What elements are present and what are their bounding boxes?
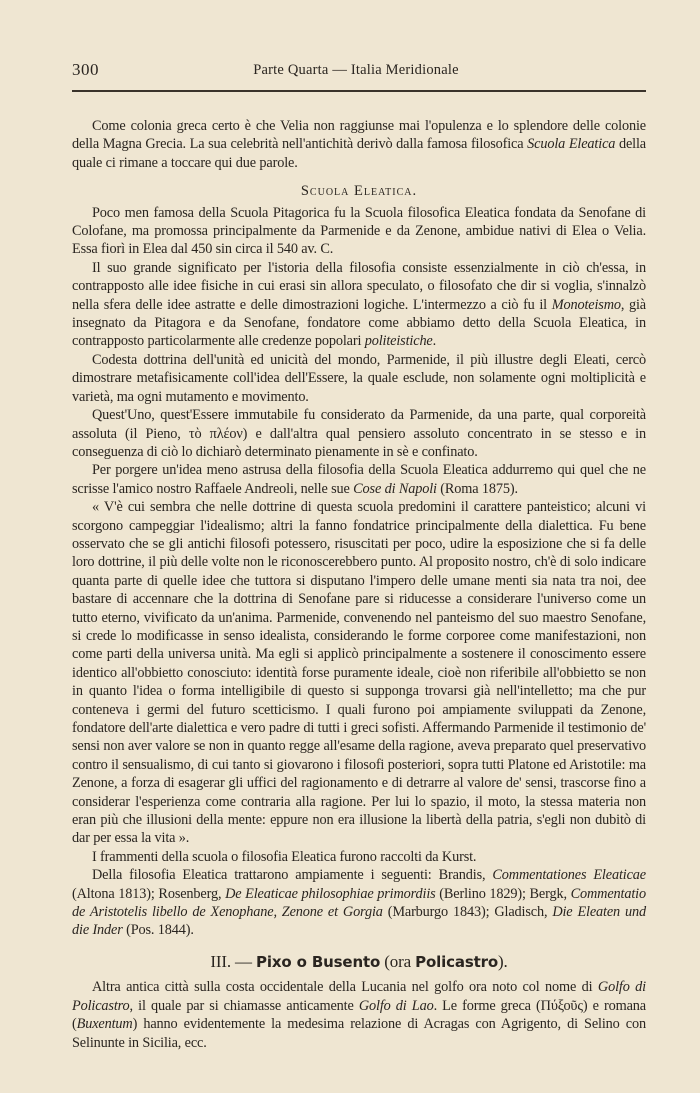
text: (Marburgo 1843); Gladisch, [383, 904, 553, 920]
italic-title: Cose di Napoli [353, 481, 437, 497]
text: Altra antica città sulla costa occidenta… [92, 979, 598, 995]
running-title: Parte Quarta — Italia Meridionale [72, 62, 640, 79]
text: (Roma 1875). [437, 481, 518, 497]
intro-paragraph: Come colonia greca certo è che Velia non… [72, 117, 646, 172]
paragraph: Poco men famosa della Scuola Pitagorica … [72, 204, 646, 259]
italic-term: politeistiche [365, 333, 433, 349]
text: ) hanno evidentemente la medesima relazi… [72, 1016, 646, 1050]
page-header: 300 Parte Quarta — Italia Meridionale [72, 60, 640, 84]
chapter-title-modern: Policastro [415, 953, 498, 971]
bibliography-paragraph: Della filosofia Eleatica trattarono ampi… [72, 866, 646, 940]
quotation: « V'è cui sembra che nelle dottrine di q… [72, 498, 646, 848]
chapter-title: Pixo o Busento [256, 953, 380, 971]
paragraph: Per porgere un'idea meno astrusa della f… [72, 461, 646, 498]
text: (Altona 1813); Rosenberg, [72, 886, 225, 902]
header-rule [72, 90, 646, 92]
chapter-numeral: III. — [210, 952, 256, 971]
paragraph: Altra antica città sulla costa occidenta… [72, 978, 646, 1052]
section-heading: Scuola Eleatica. [72, 182, 646, 200]
paragraph: Quest'Uno, quest'Essere immutabile fu co… [72, 406, 646, 461]
text: (Berlino 1829); Bergk, [436, 886, 571, 902]
text: . [433, 333, 436, 349]
page-body: Come colonia greca certo è che Velia non… [72, 117, 646, 1052]
italic-term: Monoteismo [552, 297, 621, 313]
italic-term: Buxentum [77, 1016, 133, 1032]
text: Della filosofia Eleatica trattarono ampi… [92, 867, 492, 883]
chapter-heading: III. — Pixo o Busento (ora Policastro). [72, 953, 646, 971]
paragraph: Codesta dottrina dell'unità ed unicità d… [72, 351, 646, 406]
italic-title: De Eleaticae philosophiae primordiis [225, 886, 436, 902]
italic-title: Commentationes Eleaticae [492, 867, 646, 883]
text: (Pos. 1844). [123, 922, 194, 938]
text: (ora [380, 952, 415, 971]
italic-term: Scuola Eleatica [527, 136, 615, 152]
book-page: 300 Parte Quarta — Italia Meridionale Co… [0, 0, 700, 1093]
paragraph: I frammenti della scuola o filosofia Ele… [72, 848, 646, 866]
text: ). [498, 952, 508, 971]
paragraph: Il suo grande significato per l'istoria … [72, 259, 646, 351]
italic-term: Golfo di Lao [359, 998, 434, 1014]
text: , il quale par si chiamasse anticamente [130, 998, 359, 1014]
